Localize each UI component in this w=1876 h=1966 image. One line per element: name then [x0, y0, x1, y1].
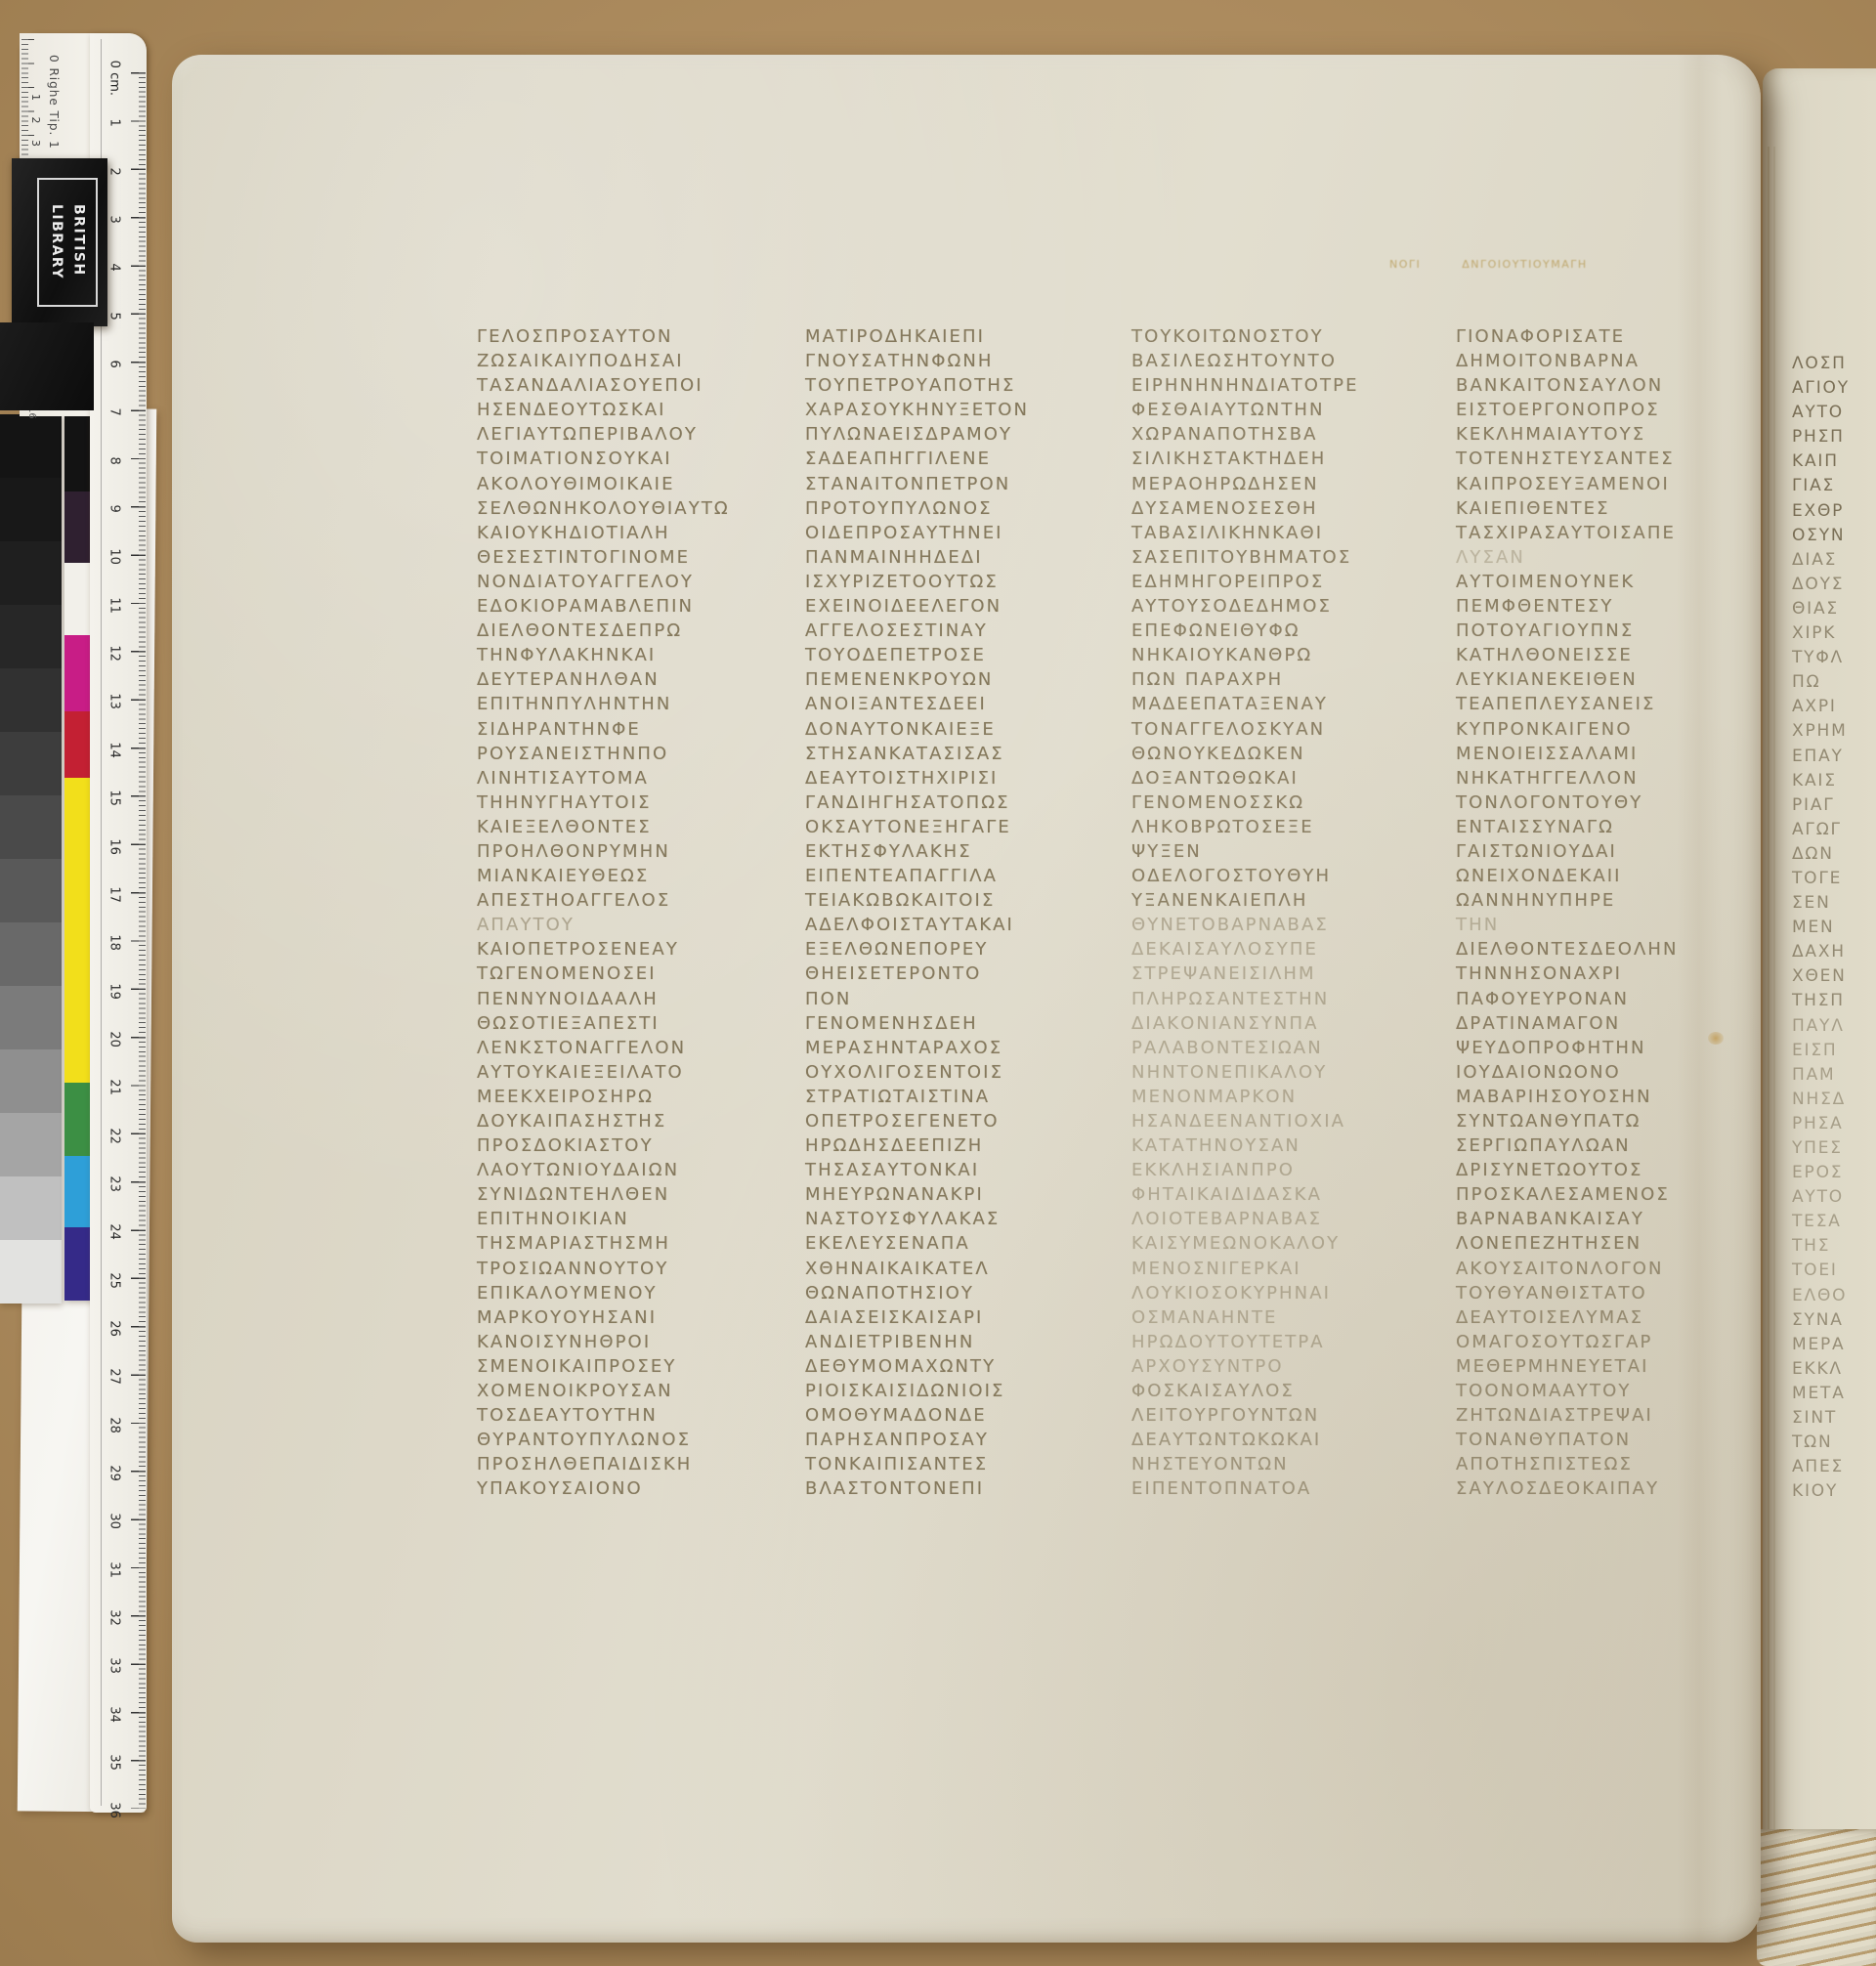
manuscript-line: ΠΑΡΗΣΑΝΠΡΟΣΑΥ	[805, 1428, 1069, 1452]
marginal-note-left: ΝΟΓΙ	[1389, 258, 1421, 271]
manuscript-line: ΚΑΙΟΥΚΗΔΙΟΤΙΑΛΗ	[477, 521, 741, 545]
ruler-number: 6	[90, 350, 138, 379]
manuscript-line: ΣΤΑΝΑΙΤΟΝΠΕΤΡΟΝ	[805, 472, 1069, 496]
manuscript-line: ΑΚΟΥΣΑΙΤΟΝΛΟΓΟΝ	[1456, 1257, 1720, 1281]
manuscript-line: ΣΙΔΗΡΑΝΤΗΝΦΕ	[477, 717, 741, 742]
grayscale-step	[0, 414, 62, 478]
manuscript-line-fragment: ΕΠΑΥ	[1792, 745, 1876, 769]
manuscript-line: ΓΑΙΣΤΩΝΙΟΥΔΑΙ	[1456, 839, 1720, 864]
ruler-number: 27	[90, 1362, 138, 1391]
manuscript-line: ΟΙΔΕΠΡΟΣΑΥΤΗΝΕΙ	[805, 521, 1069, 545]
manuscript-line: ΤΟΥΟΔΕΠΕΤΡΟΣΕ	[805, 643, 1069, 667]
manuscript-line: ΕΔΟΚΙΟΡΑΜΑΒΛΕΠΙΝ	[477, 594, 741, 619]
manuscript-line: ΒΑΣΙΛΕΩΣΗΤΟΥΝΤΟ	[1131, 349, 1395, 373]
manuscript-line: ΔΥΣΑΜΕΝΟΣΕΣΘΗ	[1131, 496, 1395, 521]
manuscript-line: ΣΤΡΕΨΑΝΕΙΣΙΛΗΜ	[1131, 962, 1395, 986]
manuscript-line: ΩΝΕΙΧΟΝΔΕΚΑΙΙ	[1456, 864, 1720, 888]
manuscript-line-fragment: ΓΙΑΣ	[1792, 474, 1876, 498]
ruler-number: 30	[90, 1507, 138, 1536]
manuscript-line-fragment: ΣΕΝ	[1792, 891, 1876, 916]
british-library-clip: BRITISH LIBRARY	[12, 158, 107, 326]
manuscript-line: ΔΕΑΥΤΟΙΣΤΗΧΙΡΙΣΙ	[805, 766, 1069, 791]
manuscript-line: ΜΑΤΙΡΟΔΗΚΑΙΕΠΙ	[805, 324, 1069, 349]
manuscript-line: ΔΡΑΤΙΝΑΜΑΓΟΝ	[1456, 1011, 1720, 1036]
manuscript-line-fragment: ΤΟΓΕ	[1792, 867, 1876, 891]
ruler-number: 29	[90, 1459, 138, 1488]
manuscript-line: ΛΕΝΚΣΤΟΝΑΓΓΕΛΟΝ	[477, 1036, 741, 1060]
ruler-number: 23	[90, 1170, 138, 1199]
ruler-number: 15	[90, 784, 138, 813]
manuscript-line: ΜΑΔΕΕΠΑΤΑΞΕΝΑΥ	[1131, 692, 1395, 716]
manuscript-line-fragment: ΜΕΤΑ	[1792, 1382, 1876, 1406]
manuscript-line-fragment: ΤΥΦΛ	[1792, 646, 1876, 670]
manuscript-line-fragment: ΤΗΣ	[1792, 1234, 1876, 1259]
manuscript-line: ΓΕΝΟΜΕΝΟΣΣΚΩ	[1131, 791, 1395, 815]
manuscript-line: ΜΕΝΟΣΝΙΓΕΡΚΑΙ	[1131, 1257, 1395, 1281]
manuscript-line: ΘΩΝΑΠΟΤΗΣΙΟΥ	[805, 1281, 1069, 1305]
manuscript-line: ΣΑΔΕΑΠΗΓΓΙΛΕΝΕ	[805, 447, 1069, 471]
manuscript-line: ΡΙΟΙΣΚΑΙΣΙΔΩΝΙΟΙΣ	[805, 1379, 1069, 1403]
manuscript-line: ΑΓΓΕΛΟΣΕΣΤΙΝΑΥ	[805, 619, 1069, 643]
clip-tail	[0, 322, 94, 410]
manuscript-line-fragment: ΤΗΣΠ	[1792, 989, 1876, 1013]
manuscript-line: ΣΕΡΓΙΩΠΑΥΛΩΑΝ	[1456, 1133, 1720, 1158]
manuscript-line: ΑΝΔΙΕΤΡΙΒΕΝΗΝ	[805, 1330, 1069, 1354]
manuscript-line: ΝΑΣΤΟΥΣΦΥΛΑΚΑΣ	[805, 1207, 1069, 1231]
ruler-number: 24	[90, 1218, 138, 1247]
ruler-number: 32	[90, 1603, 138, 1633]
manuscript-line: ΔΡΙΣΥΝΕΤΩΟΥΤΟΣ	[1456, 1158, 1720, 1182]
manuscript-line: ΜΕΕΚΧΕΙΡΟΣΗΡΩ	[477, 1085, 741, 1109]
manuscript-line: ΤΟΥΚΟΙΤΩΝΟΣΤΟΥ	[1131, 324, 1395, 349]
next-folio-text-column: ΛΟΣΠΑΓΙΟΥΑΥΤΟΡΗΣΠΚΑΙΠΓΙΑΣΕΧΘΡΟΣΥΝΔΙΑΣΔΟΥ…	[1792, 352, 1876, 1504]
manuscript-line: ΤΑΣΑΝΔΑΛΙΑΣΟΥΕΠΟΙ	[477, 373, 741, 398]
manuscript-line-fragment: ΝΗΣΔ	[1792, 1088, 1876, 1112]
manuscript-line-fragment: ΕΛΘΟ	[1792, 1284, 1876, 1308]
manuscript-line: ΔΙΑΚΟΝΙΑΝΣΥΝΠΑ	[1131, 1011, 1395, 1036]
manuscript-line: ΕΠΙΚΑΛΟΥΜΕΝΟΥ	[477, 1281, 741, 1305]
manuscript-line-fragment: ΕΚΚΛ	[1792, 1357, 1876, 1382]
manuscript-line: ΟΣΜΑΝΑΗΝΤΕ	[1131, 1305, 1395, 1330]
manuscript-line: ΥΞΑΝΕΝΚΑΙΕΠΛΗ	[1131, 888, 1395, 913]
manuscript-line: ΕΚΕΛΕΥΣΕΝΑΠΑ	[805, 1231, 1069, 1256]
manuscript-line: ΛΗΚΟΒΡΩΤΟΣΕΞΕ	[1131, 815, 1395, 839]
manuscript-line-fragment: ΔΑΧΗ	[1792, 940, 1876, 964]
text-column-3: ΤΟΥΚΟΙΤΩΝΟΣΤΟΥΒΑΣΙΛΕΩΣΗΤΟΥΝΤΟΕΙΡΗΝΗΝΗΝΔΙ…	[1131, 324, 1395, 1502]
manuscript-line-fragment: ΑΓΩΓ	[1792, 818, 1876, 842]
manuscript-line: ΦΗΤΑΙΚΑΙΔΙΔΑΣΚΑ	[1131, 1182, 1395, 1207]
manuscript-line: ΣΤΡΑΤΙΩΤΑΙΣΤΙΝΑ	[805, 1085, 1069, 1109]
ruler-number: 12	[90, 639, 138, 668]
manuscript-line: ΛΥΣΑΝ	[1456, 545, 1720, 570]
manuscript-line: ΤΕΑΠΕΠΛΕΥΣΑΝΕΙΣ	[1456, 692, 1720, 716]
manuscript-line: ΟΜΑΓΟΣΟΥΤΩΣΓΑΡ	[1456, 1330, 1720, 1354]
manuscript-line-fragment: ΔΩΝ	[1792, 842, 1876, 867]
manuscript-line: ΔΗΜΟΙΤΟΝΒΑΡΝΑ	[1456, 349, 1720, 373]
manuscript-line: ΙΟΥΔΑΙΟΝΩΟΝΟ	[1456, 1060, 1720, 1085]
manuscript-line-fragment: ΤΕΣΑ	[1792, 1210, 1876, 1234]
manuscript-line: ΘΥΡΑΝΤΟΥΠΥΛΩΝΟΣ	[477, 1428, 741, 1452]
manuscript-line: ΜΕΝΟΝΜΑΡΚΟΝ	[1131, 1085, 1395, 1109]
grayscale-step	[0, 1176, 62, 1240]
manuscript-line: ΔΑΙΑΣΕΙΣΚΑΙΣΑΡΙ	[805, 1305, 1069, 1330]
manuscript-line: ΑΔΕΛΦΟΙΣΤΑΥΤΑΚΑΙ	[805, 913, 1069, 937]
manuscript-line-fragment: ΡΗΣΑ	[1792, 1112, 1876, 1136]
ruler-number: 34	[90, 1699, 138, 1729]
manuscript-line: ΣΥΝΤΩΑΝΘΥΠΑΤΩ	[1456, 1109, 1720, 1133]
manuscript-line: ΕΙΡΗΝΗΝΗΝΔΙΑΤΟΤΡΕ	[1131, 373, 1395, 398]
manuscript-line: ΜΕΡΑΣΗΝΤΑΡΑΧΟΣ	[805, 1036, 1069, 1060]
manuscript-line: ΕΔΗΜΗΓΟΡΕΙΠΡΟΣ	[1131, 570, 1395, 594]
manuscript-line: ΚΑΤΑΤΗΝΟΥΣΑΝ	[1131, 1133, 1395, 1158]
manuscript-line-fragment: ΑΧΡΙ	[1792, 695, 1876, 719]
clip-label-frame: BRITISH LIBRARY	[37, 178, 98, 307]
ruler-number: 22	[90, 1121, 138, 1150]
manuscript-line: ΤΟΙΜΑΤΙΟΝΣΟΥΚΑΙ	[477, 447, 741, 471]
grayscale-step	[0, 859, 62, 922]
manuscript-line-fragment: ΧΘΕΝ	[1792, 964, 1876, 989]
manuscript-line: ΛΟΥΚΙΟΣΟΚΥΡΗΝΑΙ	[1131, 1281, 1395, 1305]
manuscript-line: ΒΛΑΣΤΟΝΤΟΝΕΠΙ	[805, 1476, 1069, 1501]
manuscript-line: ΚΕΚΛΗΜΑΙΑΥΤΟΥΣ	[1456, 422, 1720, 447]
manuscript-line: ΒΑΡΝΑΒΑΝΚΑΙΣΑΥ	[1456, 1207, 1720, 1231]
manuscript-line: ΤΟΝΑΓΓΕΛΟΣΚΥΑΝ	[1131, 717, 1395, 742]
ruler-number: 20	[90, 1025, 138, 1054]
manuscript-line: ΚΥΠΡΟΝΚΑΙΓΕΝΟ	[1456, 717, 1720, 742]
ruler-number: 33	[90, 1651, 138, 1681]
ruler-number: 1	[90, 108, 138, 138]
manuscript-line: ΔΙΕΛΘΟΝΤΕΣΔΕΟΛΗΝ	[1456, 937, 1720, 962]
manuscript-line-fragment: ΜΕΝ	[1792, 916, 1876, 940]
manuscript-line: ΤΑΒΑΣΙΛΙΚΗΝΚΑΘΙ	[1131, 521, 1395, 545]
manuscript-line: ΠΕΜΕΝΕΝΚΡΟΥΩΝ	[805, 667, 1069, 692]
manuscript-line-fragment: ΤΩΝ	[1792, 1431, 1876, 1455]
manuscript-line: ΓΕΝΟΜΕΝΗΣΔΕΗ	[805, 1011, 1069, 1036]
manuscript-line: ΔΕΥΤΕΡΑΝΗΛΘΑΝ	[477, 667, 741, 692]
manuscript-line-fragment: ΡΙΑΓ	[1792, 793, 1876, 818]
manuscript-line: ΑΠΕΣΤΗΟΑΓΓΕΛΟΣ	[477, 888, 741, 913]
manuscript-line-fragment: ΘΙΑΣ	[1792, 597, 1876, 621]
manuscript-line: ΠΑΦΟΥΕΥΡΟΝΑΝ	[1456, 987, 1720, 1011]
manuscript-line: ΤΟΥΘΥΑΝΘΙΣΤΑΤΟ	[1456, 1281, 1720, 1305]
manuscript-line: ΔΕΘΥΜΟΜΑΧΩΝΤΥ	[805, 1354, 1069, 1379]
manuscript-line: ΣΥΝΙΔΩΝΤΕΗΛΘΕΝ	[477, 1182, 741, 1207]
grayscale-step	[0, 986, 62, 1049]
manuscript-line: ΘΕΣΕΣΤΙΝΤΟΓΙΝΟΜΕ	[477, 545, 741, 570]
manuscript-line: ΠΑΝΜΑΙΝΗΗΔΕΔΙ	[805, 545, 1069, 570]
manuscript-line-fragment: ΟΣΥΝ	[1792, 524, 1876, 548]
manuscript-line: ΔΙΕΛΘΟΝΤΕΣΔΕΠΡΩ	[477, 619, 741, 643]
manuscript-line: ΑΥΤΟΥΚΑΙΕΞΕΙΛΑΤΟ	[477, 1060, 741, 1085]
manuscript-line: ΧΩΡΑΝΑΠΟΤΗΣΒΑ	[1131, 422, 1395, 447]
manuscript-line-fragment: ΔΙΑΣ	[1792, 548, 1876, 573]
manuscript-line: ΝΟΝΔΙΑΤΟΥΑΓΓΕΛΟΥ	[477, 570, 741, 594]
manuscript-line: ΜΕΝΟΙΕΙΣΣΑΛΑΜΙ	[1456, 742, 1720, 766]
marginal-note-right: ΔΝΓΟΙΟΥΤΙΟΥΜΑΓΗ	[1462, 258, 1587, 271]
manuscript-line: ΝΗΚΑΤΗΓΓΕΛΛΟΝ	[1456, 766, 1720, 791]
grayscale-step	[0, 1240, 62, 1304]
manuscript-line: ΧΟΜΕΝΟΙΚΡΟΥΣΑΝ	[477, 1379, 741, 1403]
manuscript-line: ΗΡΩΔΟΥΤΟΥΤΕΤΡΑ	[1131, 1330, 1395, 1354]
manuscript-line: ΠΕΝΝΥΝΟΙΔΑΑΛΗ	[477, 987, 741, 1011]
ruler-number: 16	[90, 832, 138, 861]
manuscript-line: ΑΥΤΟΥΣΟΔΕΔΗΜΟΣ	[1131, 594, 1395, 619]
manuscript-line: ΕΝΤΑΙΣΣΥΝΑΓΩ	[1456, 815, 1720, 839]
manuscript-line: ΣΕΛΘΩΝΗΚΟΛΟΥΘΙΑΥΤΩ	[477, 496, 741, 521]
manuscript-line: ΔΟΥΚΑΙΠΑΣΗΣΤΗΣ	[477, 1109, 741, 1133]
manuscript-line: ΠΥΛΩΝΑΕΙΣΔΡΑΜΟΥ	[805, 422, 1069, 447]
manuscript-line: ΚΑΙΕΠΙΘΕΝΤΕΣ	[1456, 496, 1720, 521]
ruler-number: 31	[90, 1555, 138, 1584]
manuscript-line: ΝΗΚΑΙΟΥΚΑΝΘΡΩ	[1131, 643, 1395, 667]
manuscript-line: ΔΕΑΥΤΩΝΤΩΚΩΚΑΙ	[1131, 1428, 1395, 1452]
manuscript-line-fragment: ΕΙΣΠ	[1792, 1039, 1876, 1063]
manuscript-line: ΠΟΝ	[805, 987, 1069, 1011]
manuscript-line: ΠΡΟΣΔΟΚΙΑΣΤΟΥ	[477, 1133, 741, 1158]
ruler-number: 36	[90, 1796, 138, 1825]
manuscript-line: ΛΕΥΚΙΑΝΕΚΕΙΘΕΝ	[1456, 667, 1720, 692]
manuscript-line: ΤΑΣΧΙΡΑΣΑΥΤΟΙΣΑΠΕ	[1456, 521, 1720, 545]
manuscript-line: ΤΟΝΑΝΘΥΠΑΤΟΝ	[1456, 1428, 1720, 1452]
manuscript-line: ΓΑΝΔΙΗΓΗΣΑΤΟΠΩΣ	[805, 791, 1069, 815]
grayscale-step	[0, 922, 62, 986]
manuscript-line-fragment: ΧΙΡΚ	[1792, 621, 1876, 646]
manuscript-line: ΚΑΤΗΛΘΟΝΕΙΣΣΕ	[1456, 643, 1720, 667]
manuscript-line-fragment: ΚΑΙΣ	[1792, 769, 1876, 793]
manuscript-line: ΤΗΝΦΥΛΑΚΗΝΚΑΙ	[477, 643, 741, 667]
manuscript-line: ΙΣΧΥΡΙΖΕΤΟΟΥΤΩΣ	[805, 570, 1069, 594]
manuscript-line-fragment: ΑΓΙΟΥ	[1792, 376, 1876, 401]
manuscript-line: ΣΑΣΕΠΙΤΟΥΒΗΜΑΤΟΣ	[1131, 545, 1395, 570]
manuscript-line: ΗΣΑΝΔΕΕΝΑΝΤΙΟΧΙΑ	[1131, 1109, 1395, 1133]
manuscript-line: ΧΘΗΝΑΙΚΑΙΚΑΤΕΛ	[805, 1257, 1069, 1281]
manuscript-line-fragment: ΑΠΕΣ	[1792, 1455, 1876, 1479]
manuscript-line: ΔΕΑΥΤΟΙΣΕΛΥΜΑΣ	[1456, 1305, 1720, 1330]
manuscript-line: ΤΗΝΝΗΣΟΝΑΧΡΙ	[1456, 962, 1720, 986]
grayscale-step	[0, 541, 62, 605]
manuscript-line: ΛΕΙΤΟΥΡΓΟΥΝΤΩΝ	[1131, 1403, 1395, 1428]
ruler-number: 11	[90, 590, 138, 620]
manuscript-line: ΕΠΙΤΗΝΠΥΛΗΝΤΗΝ	[477, 692, 741, 716]
manuscript-line-fragment: ΠΑΜ	[1792, 1063, 1876, 1088]
ruler-number: 25	[90, 1265, 138, 1295]
ruler-number: 35	[90, 1748, 138, 1777]
manuscript-line-fragment: ΕΡΟΣ	[1792, 1161, 1876, 1185]
manuscript-line: ΤΟΣΔΕΑΥΤΟΥΤΗΝ	[477, 1403, 741, 1428]
grayscale-step	[0, 478, 62, 541]
manuscript-line: ΛΕΓΙΑΥΤΩΠΕΡΙΒΑΛΟΥ	[477, 422, 741, 447]
manuscript-line: ΜΑΡΚΟΥΟΥΗΣΑΝΙ	[477, 1305, 741, 1330]
manuscript-line: ΡΑΛΑΒΟΝΤΕΣΙΩΑΝ	[1131, 1036, 1395, 1060]
faint-marginal-note: ΝΟΓΙΔΝΓΟΙΟΥΤΙΟΥΜΑΓΗ	[1389, 258, 1819, 271]
manuscript-line: ΚΑΙΕΞΕΛΘΟΝΤΕΣ	[477, 815, 741, 839]
manuscript-line: ΕΙΠΕΝΤΟΠΝΑΤΟΑ	[1131, 1476, 1395, 1501]
manuscript-line: ΦΕΣΘΑΙΑΥΤΩΝΤΗΝ	[1131, 398, 1395, 422]
manuscript-line: ΠΛΗΡΩΣΑΝΤΕΣΤΗΝ	[1131, 987, 1395, 1011]
ruler-number: 0 cm.	[90, 61, 138, 90]
manuscript-line: ΟΠΕΤΡΟΣΕΓΕΝΕΤΟ	[805, 1109, 1069, 1133]
manuscript-line: ΣΙΛΙΚΗΣΤΑΚΤΗΔΕΗ	[1131, 447, 1395, 471]
manuscript-line: ΤΟΥΠΕΤΡΟΥΑΠΟΤΗΣ	[805, 373, 1069, 398]
clip-label-line1: BRITISH	[67, 204, 89, 279]
manuscript-line-fragment: ΠΩ	[1792, 670, 1876, 695]
folio-edge-line	[1768, 147, 1769, 1905]
manuscript-line: ΛΑΟΥΤΩΝΙΟΥΔΑΙΩΝ	[477, 1158, 741, 1182]
manuscript-line: ΤΗΗΝΥΓΗΑΥΤΟΙΣ	[477, 791, 741, 815]
manuscript-line-fragment: ΥΠΕΣ	[1792, 1136, 1876, 1161]
manuscript-line: ΠΕΜΦΘΕΝΤΕΣΥ	[1456, 594, 1720, 619]
manuscript-line: ΑΠΟΤΗΣΠΙΣΤΕΩΣ	[1456, 1452, 1720, 1476]
secondary-ruler-label: 0 Righe Tip. 1	[47, 55, 61, 150]
manuscript-line-fragment: ΑΥΤΟ	[1792, 401, 1876, 425]
grayscale-step	[0, 668, 62, 732]
ruler-number: 21	[90, 1073, 138, 1102]
ruler-number: 10	[90, 542, 138, 572]
grayscale-step	[0, 732, 62, 795]
manuscript-line-fragment: ΜΕΡΑ	[1792, 1333, 1876, 1357]
manuscript-line: ΤΟΝΛΟΓΟΝΤΟΥΘΥ	[1456, 791, 1720, 815]
manuscript-line: ΠΟΤΟΥΑΓΙΟΥΠΝΣ	[1456, 619, 1720, 643]
grayscale-step	[0, 1049, 62, 1113]
manuscript-line: ΝΗΣΤΕΥΟΝΤΩΝ	[1131, 1452, 1395, 1476]
manuscript-line: ΑΝΟΙΞΑΝΤΕΣΔΕΕΙ	[805, 692, 1069, 716]
grayscale-step	[0, 1113, 62, 1176]
manuscript-line: ΑΥΤΟΙΜΕΝΟΥΝΕΚ	[1456, 570, 1720, 594]
ruler-number: 13	[90, 687, 138, 716]
ruler-number: 17	[90, 880, 138, 910]
manuscript-line: ΛΟΙΟΤΕΒΑΡΝΑΒΑΣ	[1131, 1207, 1395, 1231]
manuscript-line: ΖΗΤΩΝΔΙΑΣΤΡΕΨΑΙ	[1456, 1403, 1720, 1428]
manuscript-line: ΥΠΑΚΟΥΣΑΙΟΝΟ	[477, 1476, 741, 1501]
manuscript-line: ΟΜΟΘΥΜΑΔΟΝΔΕ	[805, 1403, 1069, 1428]
ruler-number: 28	[90, 1410, 138, 1439]
manuscript-line: ΧΑΡΑΣΟΥΚΗΝΥΞΕΤΟΝ	[805, 398, 1069, 422]
manuscript-line: ΤΟΝΚΑΙΠΙΣΑΝΤΕΣ	[805, 1452, 1069, 1476]
manuscript-line: ΘΗΕΙΣΕΤΕΡΟΝΤΟ	[805, 962, 1069, 986]
manuscript-line: ΜΑΒΑΡΙΗΣΟΥΟΣΗΝ	[1456, 1085, 1720, 1109]
manuscript-line: ΔΟΝΑΥΤΟΝΚΑΙΕΞΕ	[805, 717, 1069, 742]
manuscript-line: ΟΔΕΛΟΓΟΣΤΟΥΘΥΗ	[1131, 864, 1395, 888]
manuscript-line-fragment: ΧΡΗΜ	[1792, 719, 1876, 744]
manuscript-line: ΤΗΣΜΑΡΙΑΣΤΗΣΜΗ	[477, 1231, 741, 1256]
manuscript-line: ΕΞΕΛΘΩΝΕΠΟΡΕΥ	[805, 937, 1069, 962]
manuscript-line: ΩΑΝΝΗΝΥΠΗΡΕ	[1456, 888, 1720, 913]
manuscript-line: ΑΚΟΛΟΥΘΙΜΟΙΚΑΙΕ	[477, 472, 741, 496]
manuscript-page: ΝΟΓΙΔΝΓΟΙΟΥΤΙΟΥΜΑΓΗ ΓΕΛΟΣΠΡΟΣΑΥΤΟΝΖΩΣΑΙΚ…	[172, 55, 1761, 1943]
manuscript-line: ΟΚΣΑΥΤΟΝΕΞΗΓΑΓΕ	[805, 815, 1069, 839]
manuscript-line: ΕΠΙΤΗΝΟΙΚΙΑΝ	[477, 1207, 741, 1231]
manuscript-line: ΑΠΑΥΤΟΥ	[477, 913, 741, 937]
manuscript-line: ΚΑΝΟΙΣΥΝΗΘΡΟΙ	[477, 1330, 741, 1354]
manuscript-line: ΨΕΥΔΟΠΡΟΦΗΤΗΝ	[1456, 1036, 1720, 1060]
manuscript-line: ΤΗΝ	[1456, 913, 1720, 937]
folio-edge-line	[1773, 147, 1775, 1905]
manuscript-line: ΠΡΟΣΗΛΘΕΠΑΙΔΙΣΚΗ	[477, 1452, 741, 1476]
ruler-number: 18	[90, 928, 138, 958]
manuscript-line: ΛΟΝΕΠΕΖΗΤΗΣΕΝ	[1456, 1231, 1720, 1256]
manuscript-line: ΤΗΣΑΣΑΥΤΟΝΚΑΙ	[805, 1158, 1069, 1182]
grayscale-step-wedge	[0, 414, 62, 1304]
manuscript-line: ΕΠΕΦΩΝΕΙΘΥΦΩ	[1131, 619, 1395, 643]
manuscript-line: ΜΕΡΑΟΗΡΩΔΗΣΕΝ	[1131, 472, 1395, 496]
manuscript-line: ΠΡΟΣΚΑΛΕΣΑΜΕΝΟΣ	[1456, 1182, 1720, 1207]
ruler-number: 26	[90, 1314, 138, 1344]
ruler-number: 19	[90, 976, 138, 1005]
manuscript-line-fragment: ΤΟΕΙ	[1792, 1259, 1876, 1283]
manuscript-line: ΤΟΟΝΟΜΑΑΥΤΟΥ	[1456, 1379, 1720, 1403]
manuscript-line: ΝΗΝΤΟΝΕΠΙΚΑΛΟΥ	[1131, 1060, 1395, 1085]
text-column-4: ΓΙΟΝΑΦΟΡΙΣΑΤΕΔΗΜΟΙΤΟΝΒΑΡΝΑΒΑΝΚΑΙΤΟΝΣΑΥΛΟ…	[1456, 324, 1720, 1502]
manuscript-line: ΔΟΞΑΝΤΩΘΩΚΑΙ	[1131, 766, 1395, 791]
manuscript-line: ΤΟΤΕΝΗΣΤΕΥΣΑΝΤΕΣ	[1456, 447, 1720, 471]
manuscript-line-fragment: ΣΙΝΤ	[1792, 1406, 1876, 1431]
manuscript-line: ΕΧΕΙΝΟΙΔΕΕΛΕΓΟΝ	[805, 594, 1069, 619]
manuscript-line-fragment: ΔΟΥΣ	[1792, 573, 1876, 597]
manuscript-line: ΤΕΙΑΚΩΒΩΚΑΙΤΟΙΣ	[805, 888, 1069, 913]
manuscript-line: ΡΟΥΣΑΝΕΙΣΤΗΝΠΟ	[477, 742, 741, 766]
manuscript-line: ΓΝΟΥΣΑΤΗΝΦΩΝΗ	[805, 349, 1069, 373]
photographed-manuscript-scene: { "ruler": { "clip_line1": "BRITISH", "c…	[0, 0, 1876, 1966]
manuscript-line: ΓΕΛΟΣΠΡΟΣΑΥΤΟΝ	[477, 324, 741, 349]
manuscript-line: ΓΙΟΝΑΦΟΡΙΣΑΤΕ	[1456, 324, 1720, 349]
text-column-1: ΓΕΛΟΣΠΡΟΣΑΥΤΟΝΖΩΣΑΙΚΑΙΥΠΟΔΗΣΑΙΤΑΣΑΝΔΑΛΙΑ…	[477, 324, 741, 1502]
manuscript-line: ΠΡΟΤΟΥΠΥΛΩΝΟΣ	[805, 496, 1069, 521]
grayscale-step	[0, 605, 62, 668]
manuscript-line: ΗΣΕΝΔΕΟΥΤΩΣΚΑΙ	[477, 398, 741, 422]
clip-label-line2: LIBRARY	[46, 204, 67, 279]
grayscale-step	[0, 795, 62, 859]
manuscript-line: ΤΡΟΣΙΩΑΝΝΟΥΤΟΥ	[477, 1257, 741, 1281]
ruler-number: 14	[90, 735, 138, 764]
ruler-number: 8	[90, 446, 138, 475]
manuscript-line-fragment: ΑΥΤΟ	[1792, 1185, 1876, 1210]
manuscript-line: ΗΡΩΔΗΣΔΕΕΠΙΖΗ	[805, 1133, 1069, 1158]
manuscript-line: ΜΙΑΝΚΑΙΕΥΘΕΩΣ	[477, 864, 741, 888]
manuscript-line: ΒΑΝΚΑΙΤΟΝΣΑΥΛΟΝ	[1456, 373, 1720, 398]
manuscript-line: ΚΑΙΣΥΜΕΩΝΟΚΑΛΟΥ	[1131, 1231, 1395, 1256]
ruler-number: 9	[90, 494, 138, 524]
manuscript-line: ΛΙΝΗΤΙΣΑΥΤΟΜΑ	[477, 766, 741, 791]
manuscript-line-fragment: ΕΧΘΡ	[1792, 499, 1876, 524]
text-column-2: ΜΑΤΙΡΟΔΗΚΑΙΕΠΙΓΝΟΥΣΑΤΗΝΦΩΝΗΤΟΥΠΕΤΡΟΥΑΠΟΤ…	[805, 324, 1069, 1502]
manuscript-line: ΕΙΣΤΟΕΡΓΟΝΟΠΡΟΣ	[1456, 398, 1720, 422]
manuscript-line-fragment: ΚΑΙΠ	[1792, 449, 1876, 474]
manuscript-line: ΟΥΧΟΛΙΓΟΣΕΝΤΟΙΣ	[805, 1060, 1069, 1085]
manuscript-line: ΣΜΕΝΟΙΚΑΙΠΡΟΣΕΥ	[477, 1354, 741, 1379]
manuscript-line: ΣΑΥΛΟΣΔΕΟΚΑΙΠΑΥ	[1456, 1476, 1720, 1501]
manuscript-line: ΘΩΝΟΥΚΕΔΩΚΕΝ	[1131, 742, 1395, 766]
ruler-number: 7	[90, 398, 138, 427]
manuscript-line: ΘΥΝΕΤΟΒΑΡΝΑΒΑΣ	[1131, 913, 1395, 937]
manuscript-line-fragment: ΚΙΟΥ	[1792, 1479, 1876, 1504]
manuscript-line: ΤΩΓΕΝΟΜΕΝΟΣΕΙ	[477, 962, 741, 986]
manuscript-line-fragment: ΛΟΣΠ	[1792, 352, 1876, 376]
manuscript-line: ΨΥΞΕΝ	[1131, 839, 1395, 864]
clip-label: BRITISH LIBRARY	[46, 204, 90, 279]
manuscript-line-fragment: ΣΥΝΑ	[1792, 1308, 1876, 1333]
manuscript-line: ΔΕΚΑΙΣΑΥΛΟΣΥΠΕ	[1131, 937, 1395, 962]
manuscript-line: ΜΕΘΕΡΜΗΝΕΥΕΤΑΙ	[1456, 1354, 1720, 1379]
manuscript-line: ΦΟΣΚΑΙΣΑΥΛΟΣ	[1131, 1379, 1395, 1403]
manuscript-line: ΖΩΣΑΙΚΑΙΥΠΟΔΗΣΑΙ	[477, 349, 741, 373]
manuscript-line: ΣΤΗΣΑΝΚΑΤΑΣΙΣΑΣ	[805, 742, 1069, 766]
manuscript-line: ΑΡΧΟΥΣΥΝΤΡΟ	[1131, 1354, 1395, 1379]
manuscript-line: ΘΩΣΟΤΙΕΞΑΠΕΣΤΙ	[477, 1011, 741, 1036]
manuscript-line-fragment: ΠΑΥΛ	[1792, 1014, 1876, 1039]
manuscript-line: ΕΚΤΗΣΦΥΛΑΚΗΣ	[805, 839, 1069, 864]
manuscript-line: ΕΙΠΕΝΤΕΑΠΑΓΓΙΛΑ	[805, 864, 1069, 888]
manuscript-line: ΜΗΕΥΡΩΝΑΝΑΚΡΙ	[805, 1182, 1069, 1207]
